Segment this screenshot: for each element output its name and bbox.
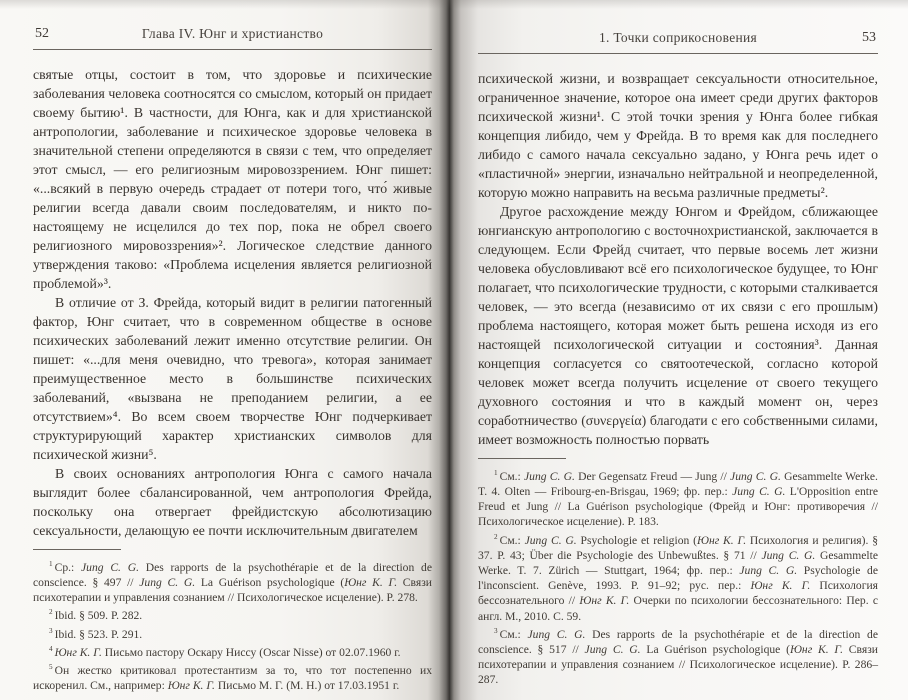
footnote: 2Ibid. § 509. P. 282. (33, 605, 432, 623)
footnote-separator (478, 458, 566, 459)
footnote: 1Ср.: Jung C. G. Des rapports de la psyc… (33, 557, 432, 605)
book-spread: 52 Глава IV. Юнг и христианство святые о… (0, 0, 908, 700)
footnote-text: Он жестко критиковал протестантизм за то… (33, 664, 432, 692)
left-footnote-block: 1Ср.: Jung C. G. Des rapports de la psyc… (33, 549, 432, 693)
footnote-marker: 2 (49, 608, 53, 616)
paragraph: психической жизни, и возвращает сексуаль… (478, 69, 878, 202)
footnote-marker: 4 (49, 645, 53, 653)
footnote-marker: 1 (494, 469, 498, 477)
footnote-text: См.: Jung C. G. Der Gegensatz Freud — Ju… (478, 470, 878, 529)
footnote: 4Юнг К. Г. Письмо пастору Оскару Ниссу (… (33, 642, 432, 660)
footnote-marker: 5 (49, 663, 53, 671)
left-page-number: 52 (35, 26, 49, 42)
left-running-head: 52 Глава IV. Юнг и христианство (33, 26, 432, 44)
footnote: 3См.: Jung C. G. Des rapports de la psyc… (478, 624, 878, 688)
footnote-marker: 1 (49, 560, 53, 568)
right-page: 53 1. Точки соприкосновения психической … (450, 0, 908, 700)
paragraph: В своих основаниях антропология Юнга с с… (33, 464, 432, 540)
right-body-text: психической жизни, и возвращает сексуаль… (478, 69, 878, 449)
footnote: 2См.: Jung C. G. Psychologie et religion… (478, 530, 878, 624)
paragraph: святые отцы, состоит в том, что здоровье… (33, 65, 432, 293)
right-footnote-block: 1См.: Jung C. G. Der Gegensatz Freud — J… (478, 458, 878, 687)
footnote: 1См.: Jung C. G. Der Gegensatz Freud — J… (478, 466, 878, 530)
left-header-title: Глава IV. Юнг и христианство (33, 26, 432, 42)
left-page: 52 Глава IV. Юнг и христианство святые о… (0, 0, 450, 700)
right-header-title: 1. Точки соприкосновения (478, 30, 878, 46)
footnote-text: См.: Jung C. G. Psychologie et religion … (478, 534, 878, 623)
footnote-marker: 2 (494, 533, 498, 541)
footnote-text: См.: Jung C. G. Des rapports de la psych… (478, 628, 878, 687)
footnote-text: Ср.: Jung C. G. Des rapports de la psych… (33, 561, 432, 604)
right-header-rule (478, 53, 878, 54)
left-header-rule (33, 49, 432, 50)
footnote-text: Юнг К. Г. Письмо пастору Оскару Ниссу (O… (55, 645, 401, 658)
footnote-marker: 3 (494, 627, 498, 635)
footnote-marker: 3 (49, 627, 53, 635)
paragraph: В отличие от З. Фрейда, который видит в … (33, 293, 432, 464)
paragraph: Другое расхождение между Юнгом и Фрейдом… (478, 202, 878, 449)
footnote-text: Ibid. § 523. P. 291. (55, 627, 143, 640)
footnote: 5Он жестко критиковал протестантизм за т… (33, 660, 432, 693)
footnote: 3Ibid. § 523. P. 291. (33, 624, 432, 642)
right-page-number: 53 (862, 30, 876, 46)
footnote-separator (33, 549, 121, 550)
left-body-text: святые отцы, состоит в том, что здоровье… (33, 65, 432, 540)
right-running-head: 53 1. Точки соприкосновения (478, 30, 878, 48)
footnote-text: Ibid. § 509. P. 282. (55, 609, 143, 622)
